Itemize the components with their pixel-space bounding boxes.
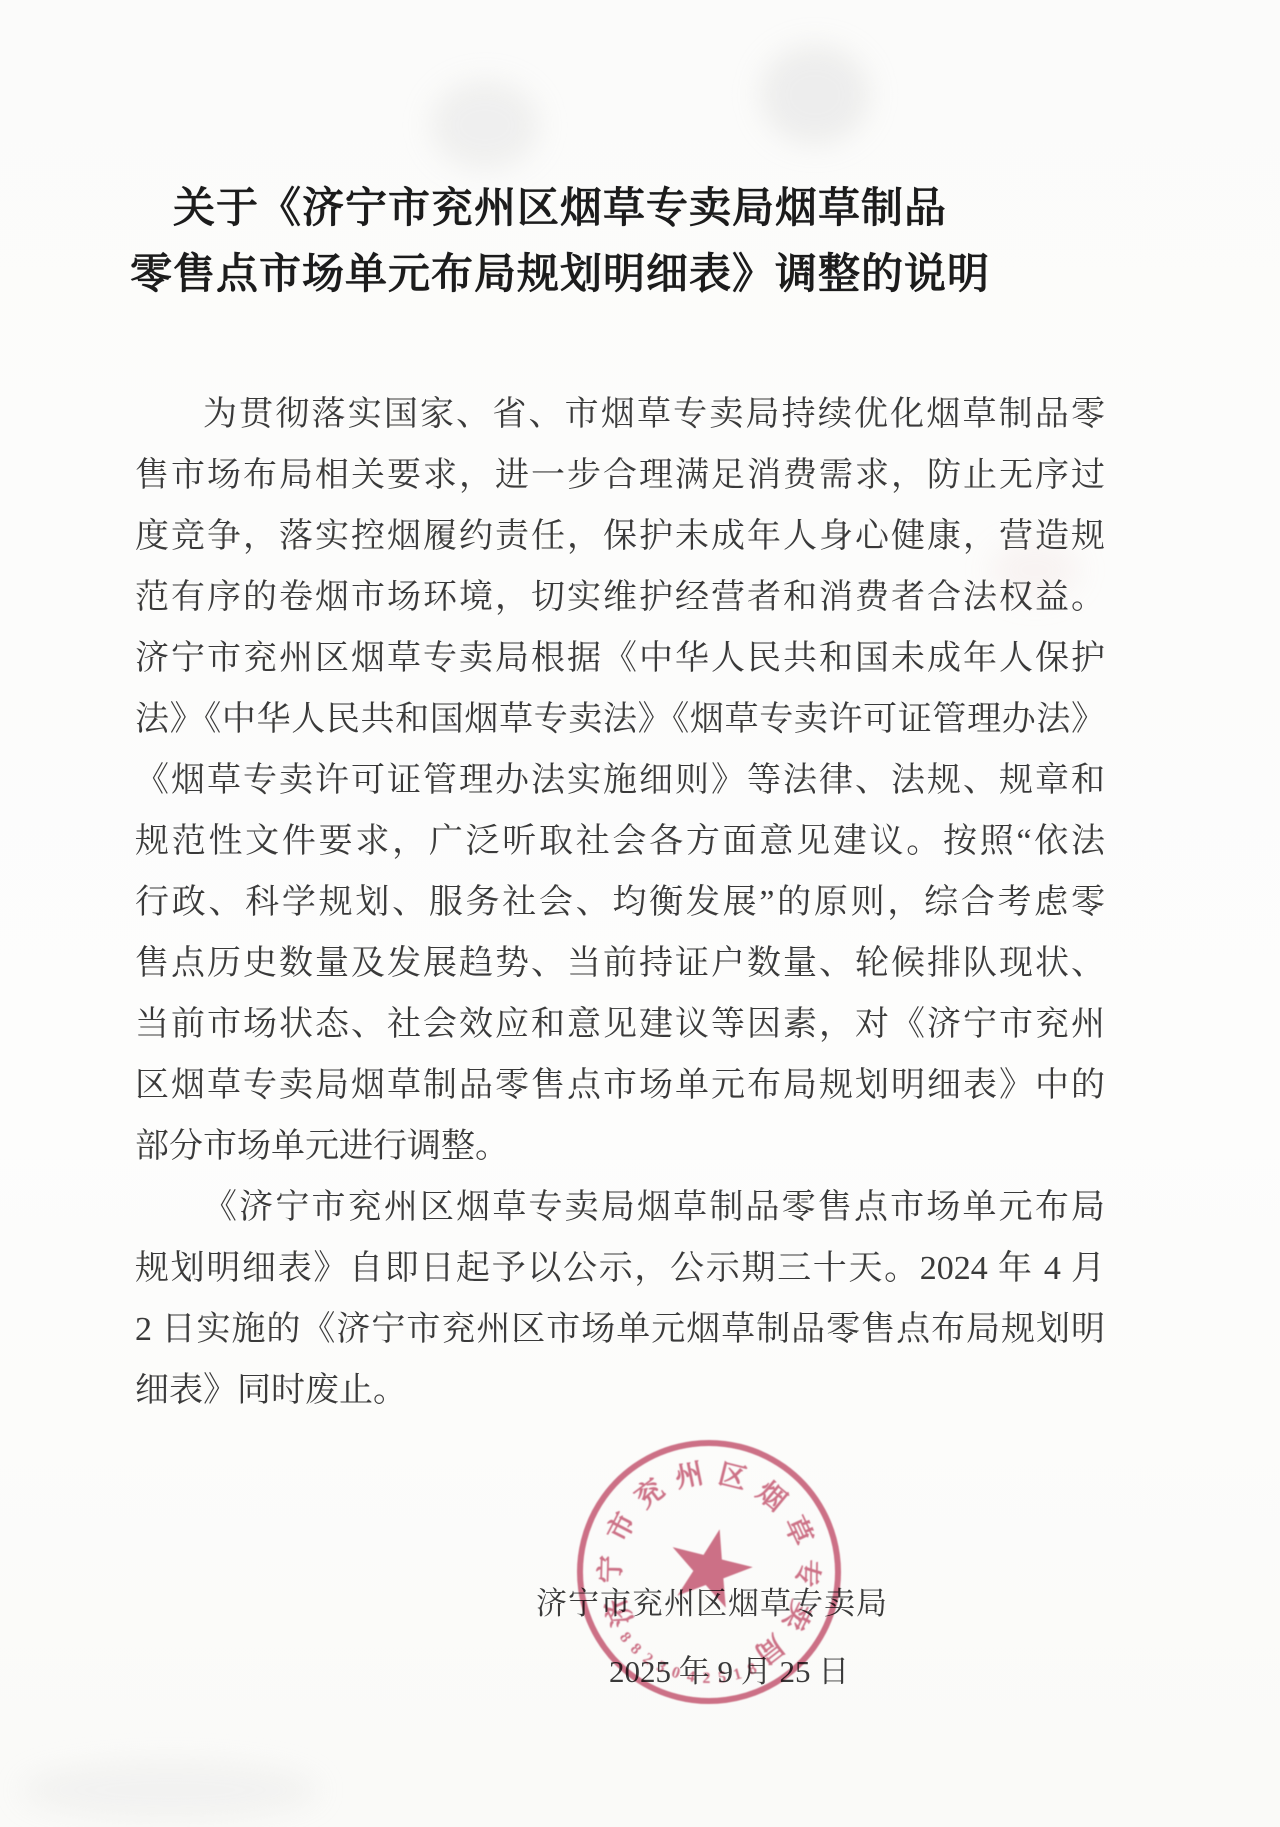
document-title: 关于《济宁市兖州区烟草专卖局烟草制品 零售点市场单元布局规划明细表》调整的说明 bbox=[0, 176, 1120, 308]
seal-arc-text: 济宁市兖州区烟草专卖局 bbox=[613, 1412, 869, 1476]
body-line: 2 日实施的《济宁市兖州区市场单元烟草制品零售点布局规划明 bbox=[135, 1299, 1105, 1360]
document-page: 关于《济宁市兖州区烟草专卖局烟草制品 零售点市场单元布局规划明细表》调整的说明 … bbox=[0, 0, 1280, 1827]
body-line: 售点历史数量及发展趋势、当前持证户数量、轮候排队现状、 bbox=[135, 933, 1105, 994]
body-line: 售市场布局相关要求，进一步合理满足消费需求，防止无序过 bbox=[135, 445, 1105, 506]
body-line: 为贯彻落实国家、省、市烟草专卖局持续优化烟草制品零 bbox=[135, 384, 1105, 445]
body-line: 法》《中华人民共和国烟草专卖法》《烟草专卖许可证管理办法》 bbox=[135, 689, 1105, 750]
scan-smudge bbox=[760, 45, 870, 145]
issuer-signature: 济宁市兖州区烟草专卖局 bbox=[536, 1584, 956, 1624]
scan-smudge bbox=[430, 80, 540, 170]
title-line-2: 零售点市场单元布局规划明细表》调整的说明 bbox=[0, 242, 1120, 308]
seal-serial-digits: 8823042518 bbox=[613, 1412, 869, 1476]
body-line: 《济宁市兖州区烟草专卖局烟草制品零售点市场单元布局 bbox=[135, 1177, 1105, 1238]
body-line: 规范性文件要求，广泛听取社会各方面意见建议。按照“依法 bbox=[135, 811, 1105, 872]
body-line: 规划明细表》自即日起予以公示，公示期三十天。2024 年 4 月 bbox=[135, 1238, 1105, 1299]
body-line: 区烟草专卖局烟草制品零售点市场单元布局规划明细表》中的 bbox=[135, 1055, 1105, 1116]
scan-smudge bbox=[20, 1760, 320, 1820]
body-line: 行政、科学规划、服务社会、均衡发展”的原则，综合考虑零 bbox=[135, 872, 1105, 933]
body-line: 度竞争，落实控烟履约责任，保护未成年人身心健康，营造规 bbox=[135, 506, 1105, 567]
body-line: 济宁市兖州区烟草专卖局根据《中华人民共和国未成年人保护 bbox=[135, 628, 1105, 689]
body-line: 部分市场单元进行调整。 bbox=[135, 1116, 1105, 1177]
body-line: 细表》同时废止。 bbox=[135, 1360, 1105, 1421]
body-line: 范有序的卷烟市场环境，切实维护经营者和消费者合法权益。 bbox=[135, 567, 1105, 628]
issue-date: 2025 年 9 月 25 日 bbox=[609, 1652, 969, 1692]
title-line-1: 关于《济宁市兖州区烟草专卖局烟草制品 bbox=[0, 176, 1120, 242]
document-body: 为贯彻落实国家、省、市烟草专卖局持续优化烟草制品零 售市场布局相关要求，进一步合… bbox=[135, 384, 1105, 1421]
body-line: 当前市场状态、社会效应和意见建议等因素，对《济宁市兖州 bbox=[135, 994, 1105, 1055]
body-line: 《烟草专卖许可证管理办法实施细则》等法律、法规、规章和 bbox=[135, 750, 1105, 811]
